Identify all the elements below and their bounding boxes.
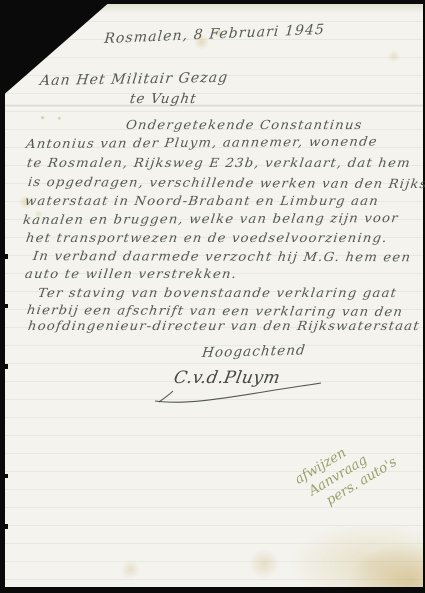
paper-edge-notch (5, 364, 8, 369)
body-line: In verband daarmede verzocht hij M.G. he… (32, 248, 412, 264)
paper-edge-notch (5, 524, 8, 529)
body-line: hoofdingenieur-directeur van den Rijkswa… (27, 318, 421, 333)
paper-edge-notch (5, 254, 8, 259)
signature: C.v.d.Pluym (151, 361, 331, 407)
fold-crease (5, 104, 423, 108)
body-line: Ondergetekende Constantinus (125, 117, 363, 132)
body-line: auto te willen verstrekken. (24, 266, 238, 281)
body-line: te Rosmalen, Rijksweg E 23b, verklaart, … (26, 155, 412, 170)
body-line: het transportwezen en de voedselvoorzien… (25, 230, 388, 245)
scanned-letter-page: Rosmalen, 8 Februari 1945 Aan Het Milita… (0, 0, 425, 593)
pencil-annotation: afwijzen Aanvraag pers. auto's (292, 407, 425, 518)
signature-text: C.v.d.Pluym (172, 368, 282, 388)
paper-sheet: Rosmalen, 8 Februari 1945 Aan Het Milita… (5, 4, 423, 587)
body-line: Ter staving van bovenstaande verklaring … (37, 285, 398, 300)
body-line: is opgedragen, verschillende werken van … (27, 174, 425, 191)
body-line: Antonius van der Pluym, aannemer, wonend… (25, 134, 378, 151)
date-line: Rosmalen, 8 Februari 1945 (104, 22, 326, 47)
signature-flourish: C.v.d.Pluym (151, 361, 331, 407)
paper-edge-notch (5, 304, 8, 308)
body-line: waterstaat in Noord-Brabant en Limburg a… (24, 193, 380, 208)
body-line: kanalen en bruggen, welke van belang zij… (22, 210, 399, 227)
paper-edge-notch (5, 474, 8, 478)
addressee-line-2: te Vught (129, 91, 198, 107)
addressee-line-1: Aan Het Militair Gezag (39, 70, 229, 89)
closing-line: Hoogachtend (201, 342, 307, 361)
body-line: hierbij een afschrift van een verklaring… (26, 302, 404, 319)
